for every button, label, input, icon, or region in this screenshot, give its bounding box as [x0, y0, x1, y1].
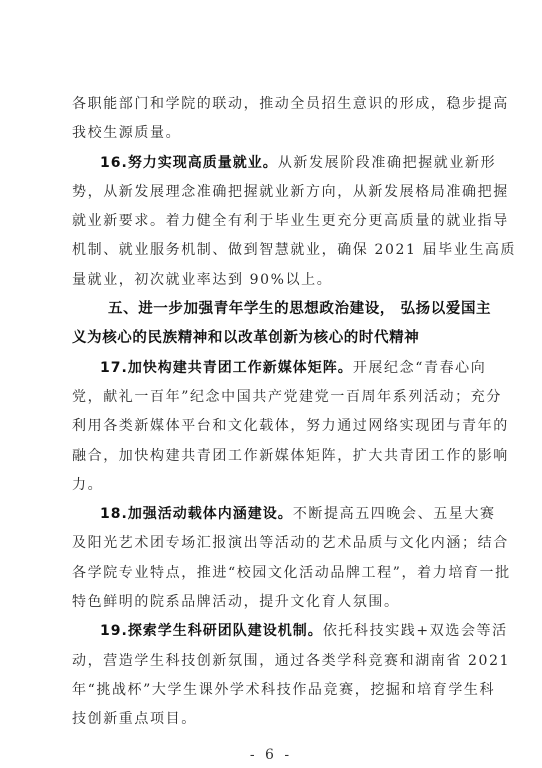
item-number: 18. [100, 506, 128, 522]
item-title: 加强活动载体内涵建设。 [128, 506, 293, 522]
paragraph-line: 各学院专业特点，推进“校园文化活动品牌工程”，着力培育一批 [72, 559, 474, 588]
paragraph-line: 势，从新发展理念准确把握就业新方向，从新发展格局准确把握 [72, 178, 474, 207]
page-number: - 6 - [0, 747, 542, 763]
item-title: 探索学生科研团队建设机制。 [128, 623, 323, 639]
paragraph-line: 特色鲜明的院系品牌活动，提升文化育人氛围。 [72, 588, 474, 617]
item-19-first-line: 19.探索学生科研团队建设机制。依托科技实践+双选会等活 [72, 617, 474, 646]
section-heading-line-1: 五、进一步加强青年学生的思想政治建设， 弘扬以爱国主 [72, 295, 474, 324]
paragraph-line: 及阳光艺术团专场汇报演出等活动的艺术品质与文化内涵；结合 [72, 529, 474, 558]
item-number: 19. [100, 623, 128, 639]
item-title: 加快构建共青团工作新媒体矩阵。 [128, 360, 353, 376]
item-title: 努力实现高质量就业。 [128, 155, 278, 171]
item-number: 16. [100, 155, 128, 171]
section-heading-line-2: 义为核心的民族精神和以改革创新为核心的时代精神 [72, 324, 474, 353]
paragraph-line: 我校生源质量。 [72, 119, 474, 148]
item-text: 不断提高五四晚会、五星大赛 [293, 506, 496, 522]
item-text: 开展纪念“青春心向 [353, 360, 487, 376]
paragraph-line: 动，营造学生科技创新氛围，通过各类学科竞赛和湖南省 2021 [72, 647, 474, 676]
paragraph-line: 党，献礼一百年”纪念中国共产党建党一百周年系列活动；充分 [72, 383, 474, 412]
paragraph-line: 力。 [72, 471, 474, 500]
paragraph-line: 量就业，初次就业率达到 90%以上。 [72, 266, 474, 295]
paragraph-line: 就业新要求。着力健全有利于毕业生更充分更高质量的就业指导 [72, 207, 474, 236]
paragraph-line: 技创新重点项目。 [72, 705, 474, 734]
paragraph-line: 机制、就业服务机制、做到智慧就业，确保 2021 届毕业生高质 [72, 236, 474, 265]
paragraph-line: 利用各类新媒体平台和文化载体，努力通过网络实现团与青年的 [72, 412, 474, 441]
item-17-first-line: 17.加快构建共青团工作新媒体矩阵。开展纪念“青春心向 [72, 354, 474, 383]
item-18-first-line: 18.加强活动载体内涵建设。不断提高五四晚会、五星大赛 [72, 500, 474, 529]
item-text: 依托科技实践+双选会等活 [323, 623, 508, 639]
paragraph-line: 年“挑战杯”大学生课外学术科技作品竞赛，挖掘和培育学生科 [72, 676, 474, 705]
item-number: 17. [100, 360, 128, 376]
item-text: 从新发展阶段准确把握就业新形 [278, 155, 496, 171]
document-body: 各职能部门和学院的联动，推动全员招生意识的形成，稳步提高 我校生源质量。 16.… [72, 90, 474, 735]
paragraph-line: 融合，加快构建共青团工作新媒体矩阵，扩大共青团工作的影响 [72, 442, 474, 471]
paragraph-line: 各职能部门和学院的联动，推动全员招生意识的形成，稳步提高 [72, 90, 474, 119]
item-16-first-line: 16.努力实现高质量就业。从新发展阶段准确把握就业新形 [72, 149, 474, 178]
document-page: 各职能部门和学院的联动，推动全员招生意识的形成，稳步提高 我校生源质量。 16.… [0, 0, 542, 768]
